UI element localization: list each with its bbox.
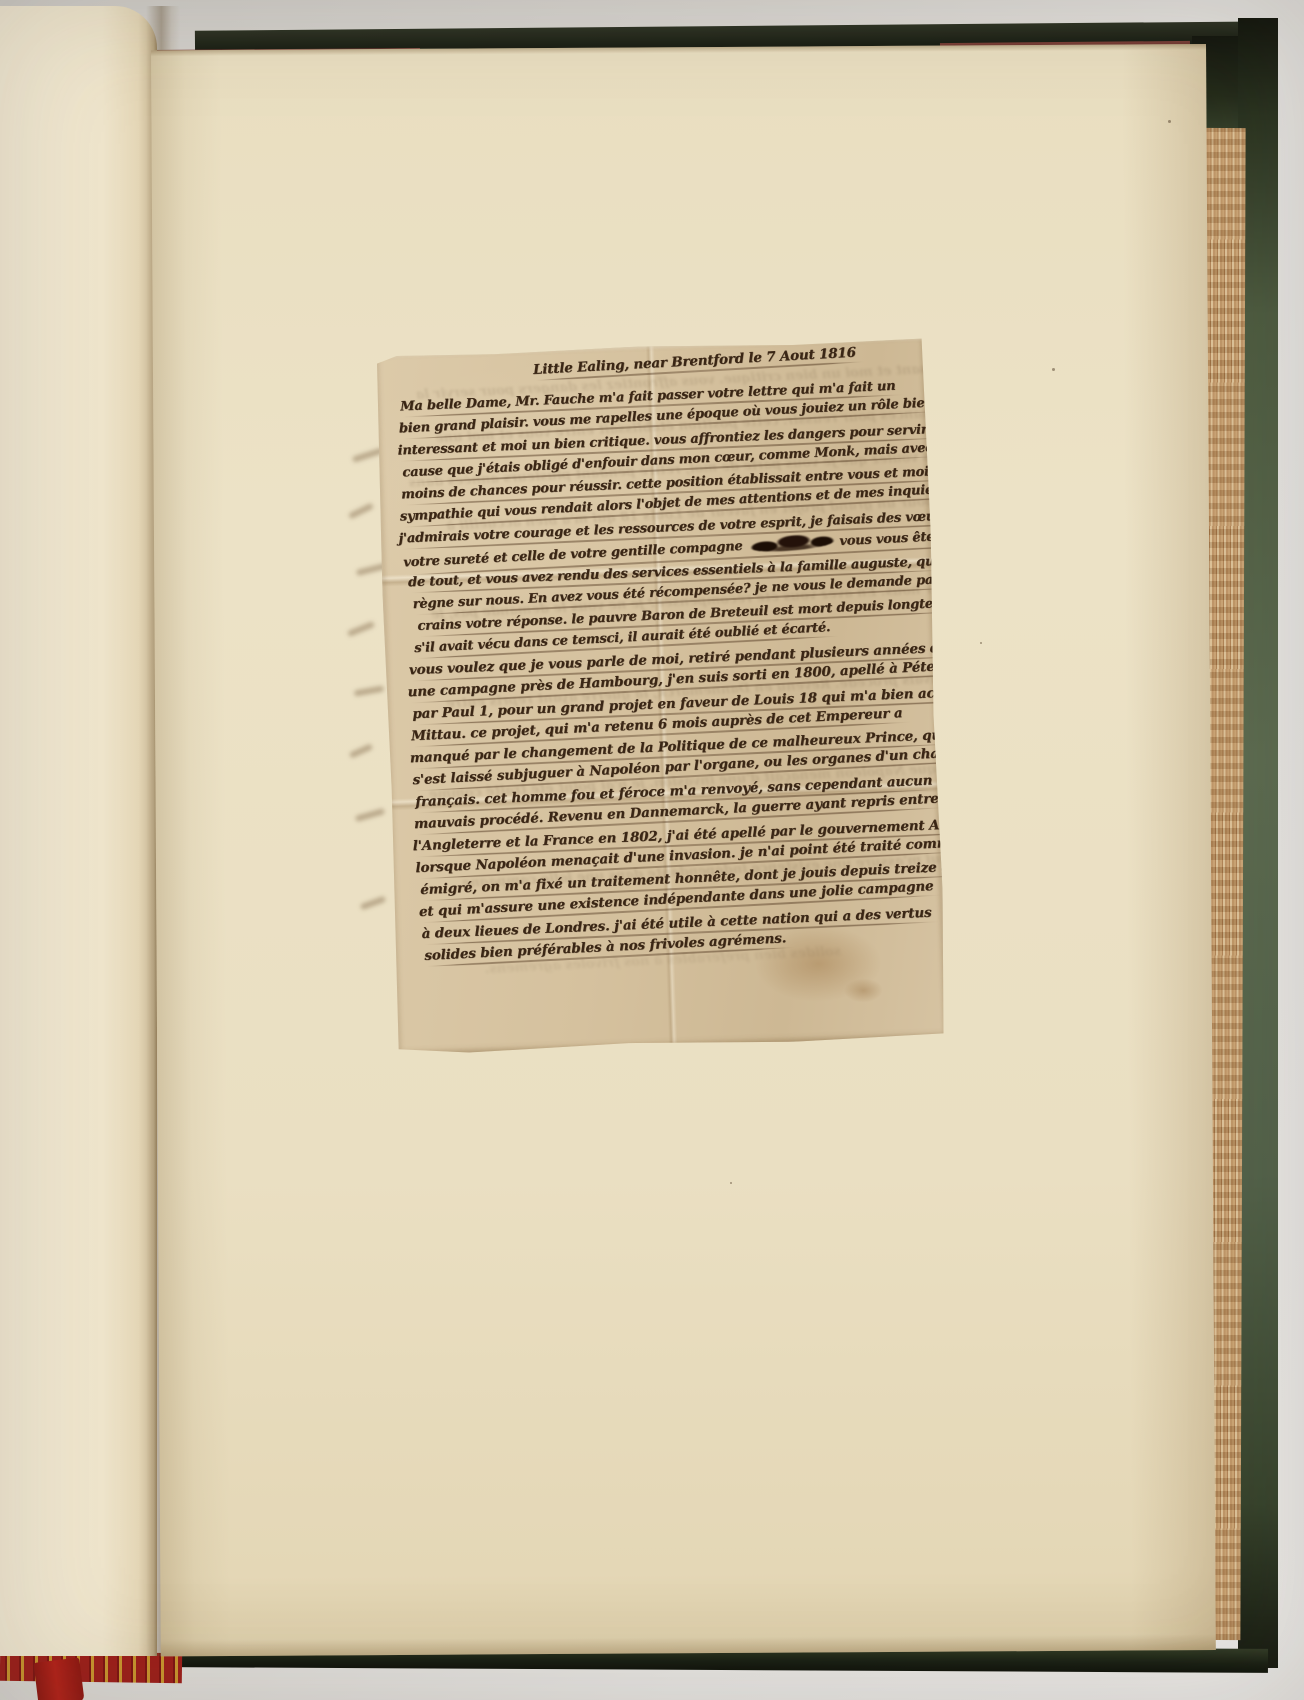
dust-speck — [730, 1182, 732, 1184]
manuscript-letter: interessant et moi un bien critique. vou… — [375, 337, 948, 1055]
dust-speck — [1168, 120, 1171, 123]
bookmark-ribbon — [33, 1657, 84, 1700]
facing-page — [0, 6, 157, 1656]
photograph: interessant et moi un bien critique. vou… — [0, 0, 1304, 1700]
ink-blot — [748, 532, 835, 554]
dust-speck — [1052, 368, 1055, 371]
dust-speck — [980, 642, 982, 644]
